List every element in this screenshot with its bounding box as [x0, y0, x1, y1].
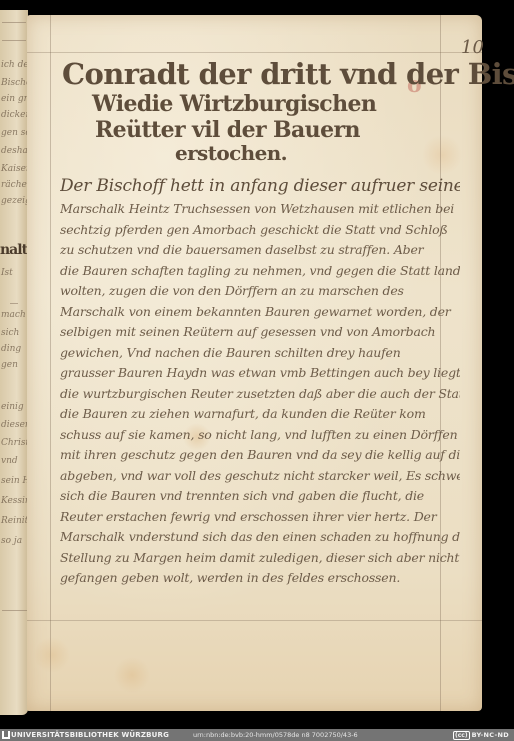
marginal-note: gezeigt — [1, 196, 28, 206]
marginal-note: dieser — [1, 420, 28, 430]
margin-rule — [2, 610, 28, 611]
text-line: die Bauren zu ziehen warnafurt, da kunde… — [60, 404, 460, 425]
marginal-note: sich — [1, 328, 19, 338]
title-line: Conradt der dritt vnd der Bischoff — [62, 60, 442, 89]
text-line: Der Bischoff hett in anfang dieser aufru… — [60, 173, 460, 199]
text-line: gewichen, Vnd nachen die Bauren schilten… — [60, 343, 460, 364]
library-name: UNIVERSITÄTSBIBLIOTHEK WÜRZBURG — [11, 731, 169, 739]
license-text: BY-NC-ND — [472, 731, 509, 739]
manuscript-page: 10 o Conradt der dritt vnd der Bischoff … — [27, 15, 482, 711]
creative-commons-icon: (cc) — [453, 731, 470, 740]
top-rule — [27, 52, 482, 53]
marginal-note: sein Hat — [1, 476, 28, 486]
text-line: schuss auf sie kamen, so nicht lang, vnd… — [60, 425, 460, 446]
marginal-note: dicken — [1, 110, 28, 120]
marginal-note: Bischoff — [1, 78, 28, 88]
bottom-rule — [27, 620, 482, 621]
text-line: abgeben, vnd war voll des geschutz nicht… — [60, 466, 460, 487]
text-line: Marschalk vnderstund sich das den einen … — [60, 527, 460, 548]
previous-page-edge: ich der Bischoff ein gnädig dicken gen s… — [0, 10, 28, 715]
marginal-note: einig — [1, 402, 24, 412]
text-line: sich die Bauren vnd trennten sich vnd ga… — [60, 486, 460, 507]
marginal-note: deshalb — [1, 146, 28, 156]
image-viewer[interactable]: ich der Bischoff ein gnädig dicken gen s… — [0, 0, 514, 729]
footer-bar: UNIVERSITÄTSBIBLIOTHEK WÜRZBURG urn:nbn:… — [0, 729, 514, 741]
library-logo-icon — [2, 731, 10, 739]
marginal-note: mach — [1, 310, 26, 320]
marginal-note: Kaisers — [1, 164, 28, 174]
text-line: Stellung zu Margen heim damit zuledigen,… — [60, 548, 460, 569]
marginal-note: vnd — [1, 456, 18, 466]
margin-rule — [2, 40, 26, 41]
license-badge[interactable]: (cc) BY-NC-ND — [453, 731, 509, 740]
text-line: Marschalk von einem bekannten Bauren gew… — [60, 302, 460, 323]
folio-number: 10 — [461, 37, 484, 58]
marginal-heading: nalt — [0, 242, 27, 258]
text-line: Reuter erstachen fewrig vnd erschossen i… — [60, 507, 460, 528]
marginal-note: Ist — [1, 268, 13, 278]
text-line: Marschalk Heintz Truchsessen von Wetzhau… — [60, 199, 460, 220]
left-margin-rule — [50, 15, 51, 711]
marginal-note: ein gnädig — [1, 94, 28, 104]
text-line: die wurtzburgischen Reuter zusetzten daß… — [60, 384, 460, 405]
manuscript-body-text: Der Bischoff hett in anfang dieser aufru… — [60, 173, 460, 589]
marginal-note: ding — [1, 344, 21, 354]
marginal-note: so ja — [1, 536, 22, 546]
marginal-note: Kessing — [1, 496, 28, 506]
marginal-note: rächen — [1, 180, 28, 190]
text-line: mit ihren geschutz gegen den Bauren vnd … — [60, 445, 460, 466]
text-line: grausser Bauren Haydn was etwan vmb Bett… — [60, 363, 460, 384]
marginal-note: Reinitt — [1, 516, 28, 526]
margin-rule — [2, 22, 26, 23]
marginal-note: ich der — [1, 60, 28, 70]
text-line: wolten, zugen die von den Dörffern an zu… — [60, 281, 460, 302]
marginal-note: gen — [1, 360, 18, 370]
text-line: sechtzig pferden gen Amorbach geschickt … — [60, 220, 460, 241]
title-line: erstochen. — [175, 143, 442, 163]
title-line: Reütter vil der Bauern — [95, 119, 442, 141]
text-line: selbigen mit seinen Reütern auf gesessen… — [60, 322, 460, 343]
library-logo[interactable]: UNIVERSITÄTSBIBLIOTHEK WÜRZBURG — [2, 731, 169, 739]
urn-identifier: urn:nbn:de:bvb:20-hmm/0578de n8 7002750/… — [193, 731, 358, 739]
chapter-title: Conradt der dritt vnd der Bischoff Wiedi… — [62, 60, 442, 163]
text-line: die Bauren schaften tagling zu nehmen, v… — [60, 261, 460, 282]
text-line: gefangen geben wolt, werden in des felde… — [60, 568, 460, 589]
marginal-note: Christ — [1, 438, 28, 448]
text-line: zu schutzen vnd die bauersamen daselbst … — [60, 240, 460, 261]
marginal-note: gen so — [1, 128, 28, 138]
margin-rule — [10, 303, 18, 304]
title-line: Wiedie Wirtzburgischen — [92, 93, 442, 115]
